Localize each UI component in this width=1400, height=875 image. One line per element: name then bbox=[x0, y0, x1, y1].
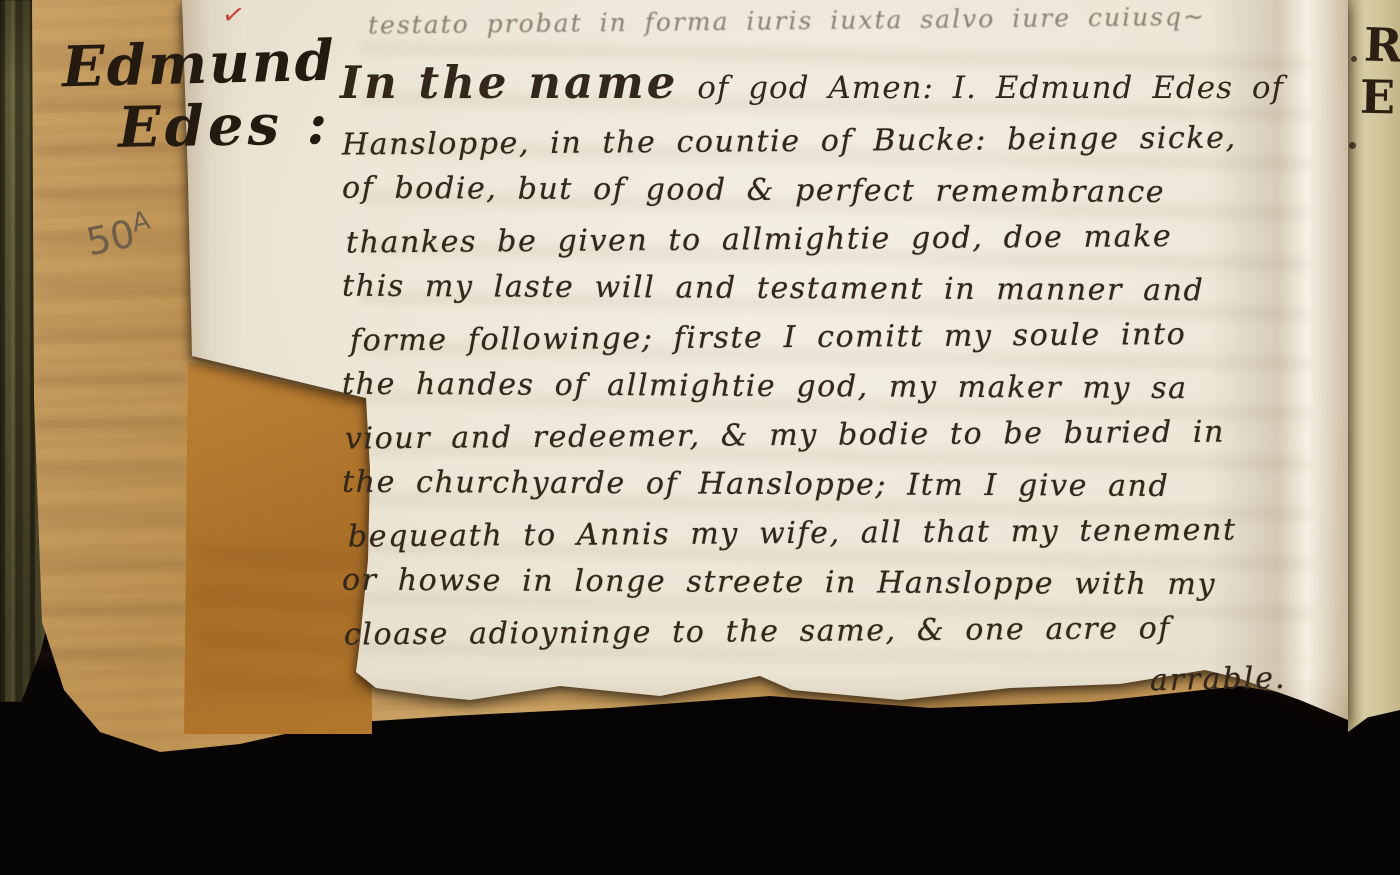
manuscript-line: of bodie, but of good & perfect remembra… bbox=[342, 171, 1237, 225]
opening-rest-words: of god Amen: I. Edmund Edes of bbox=[678, 70, 1284, 106]
manuscript-line: or howse in longe streete in Hansloppe w… bbox=[342, 563, 1237, 617]
will-text-block: Hansloppe, in the countie of Bucke: bein… bbox=[342, 124, 1237, 663]
catchword: arrable. bbox=[1150, 661, 1287, 698]
testator-forename: Edmund bbox=[61, 33, 336, 96]
manuscript-line: thankes be given to allmightie god, doe … bbox=[346, 219, 1237, 275]
manuscript-line: bequeath to Annis my wife, all that my t… bbox=[348, 513, 1237, 569]
opening-large-words: In the name bbox=[340, 56, 678, 109]
manuscript-line-opening: In the name of god Amen: I. Edmund Edes … bbox=[340, 56, 1284, 109]
manuscript-line: this my laste will and testament in mann… bbox=[342, 269, 1237, 323]
manuscript-line: viour and redeemer, & my bodie to be bur… bbox=[345, 414, 1237, 470]
manuscript-line: the churchyarde of Hansloppe; Itm I give… bbox=[342, 465, 1237, 519]
manuscript-photo: R E testato probat in forma iuris iuxta … bbox=[0, 0, 1400, 875]
manuscript-line: the handes of allmightie god, my maker m… bbox=[342, 367, 1237, 421]
testator-surname: Edes : bbox=[118, 96, 332, 156]
manuscript-line: Hansloppe, in the countie of Bucke: bein… bbox=[342, 120, 1237, 176]
manuscript-line: forme followinge; firste I comitt my sou… bbox=[350, 317, 1237, 373]
manuscript-line: cloase adioyninge to the same, & one acr… bbox=[344, 610, 1237, 666]
